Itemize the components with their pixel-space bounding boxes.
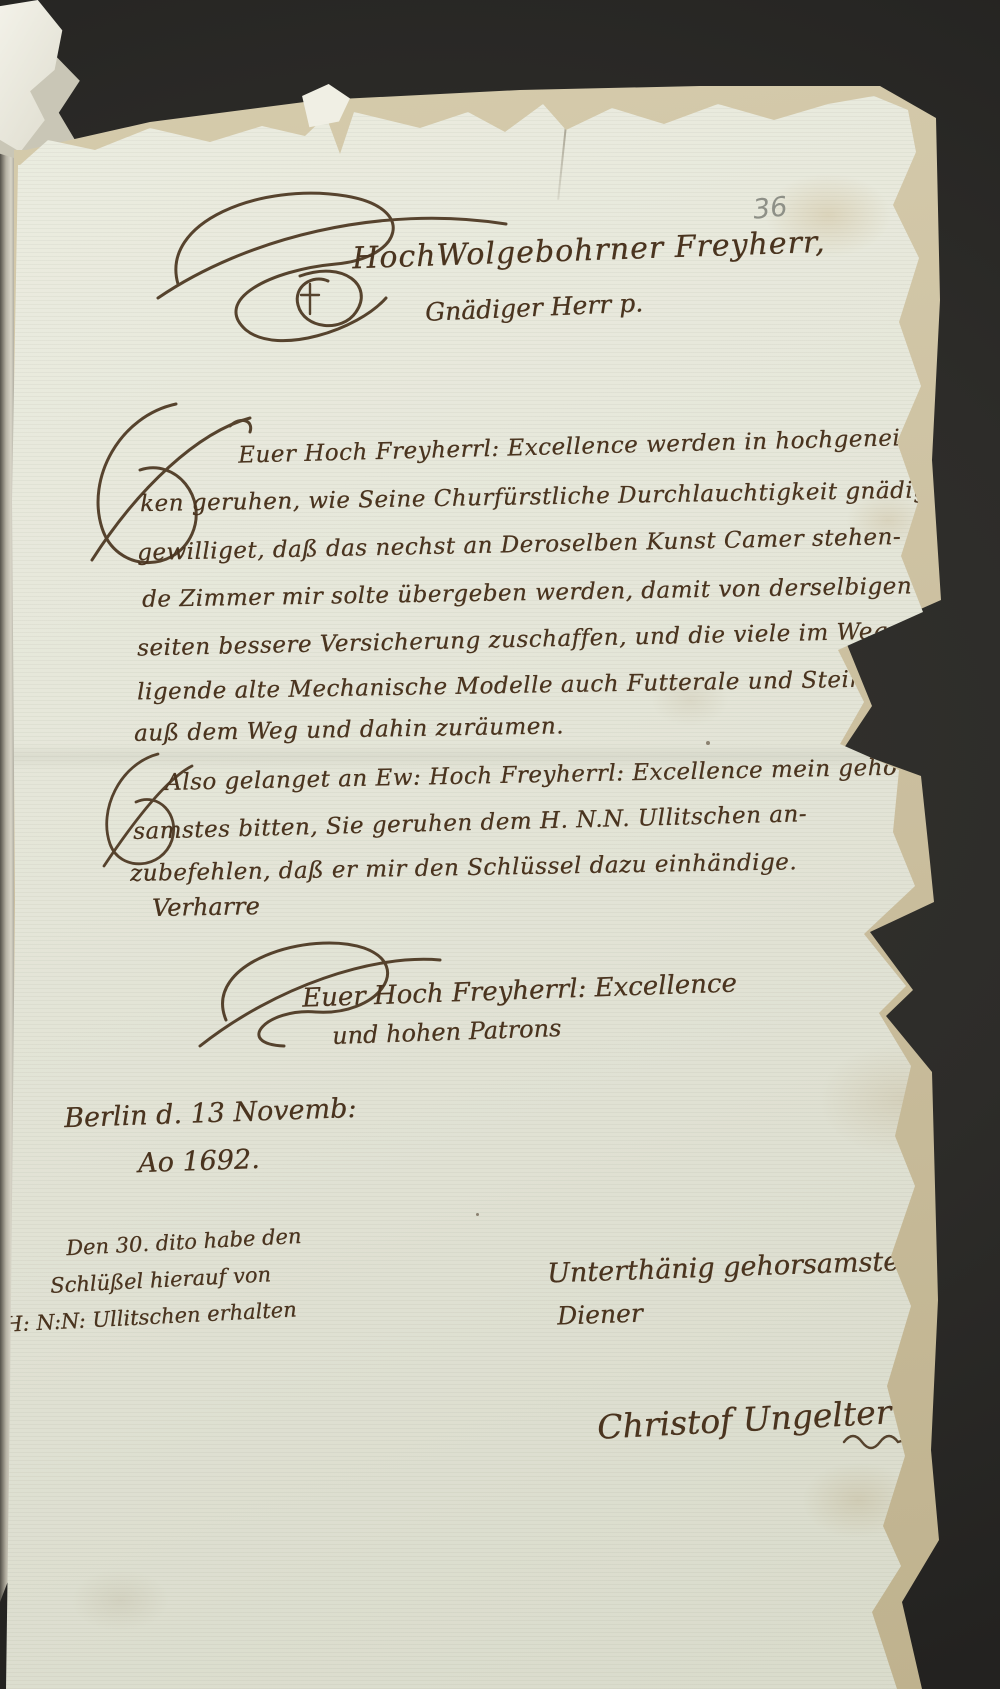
ink-spot: [706, 741, 710, 745]
request-initial-flourish-icon: [96, 748, 196, 874]
valediction-line-2: Diener: [557, 1299, 644, 1331]
verharre-word: Verharre: [152, 892, 260, 922]
manuscript-scan: 36: [0, 0, 1000, 1689]
manuscript-page: 36: [0, 0, 1000, 1689]
dateline-year: Ao 1692.: [137, 1144, 260, 1179]
folio-number: 36: [751, 191, 788, 225]
ink-spot: [476, 1213, 479, 1216]
